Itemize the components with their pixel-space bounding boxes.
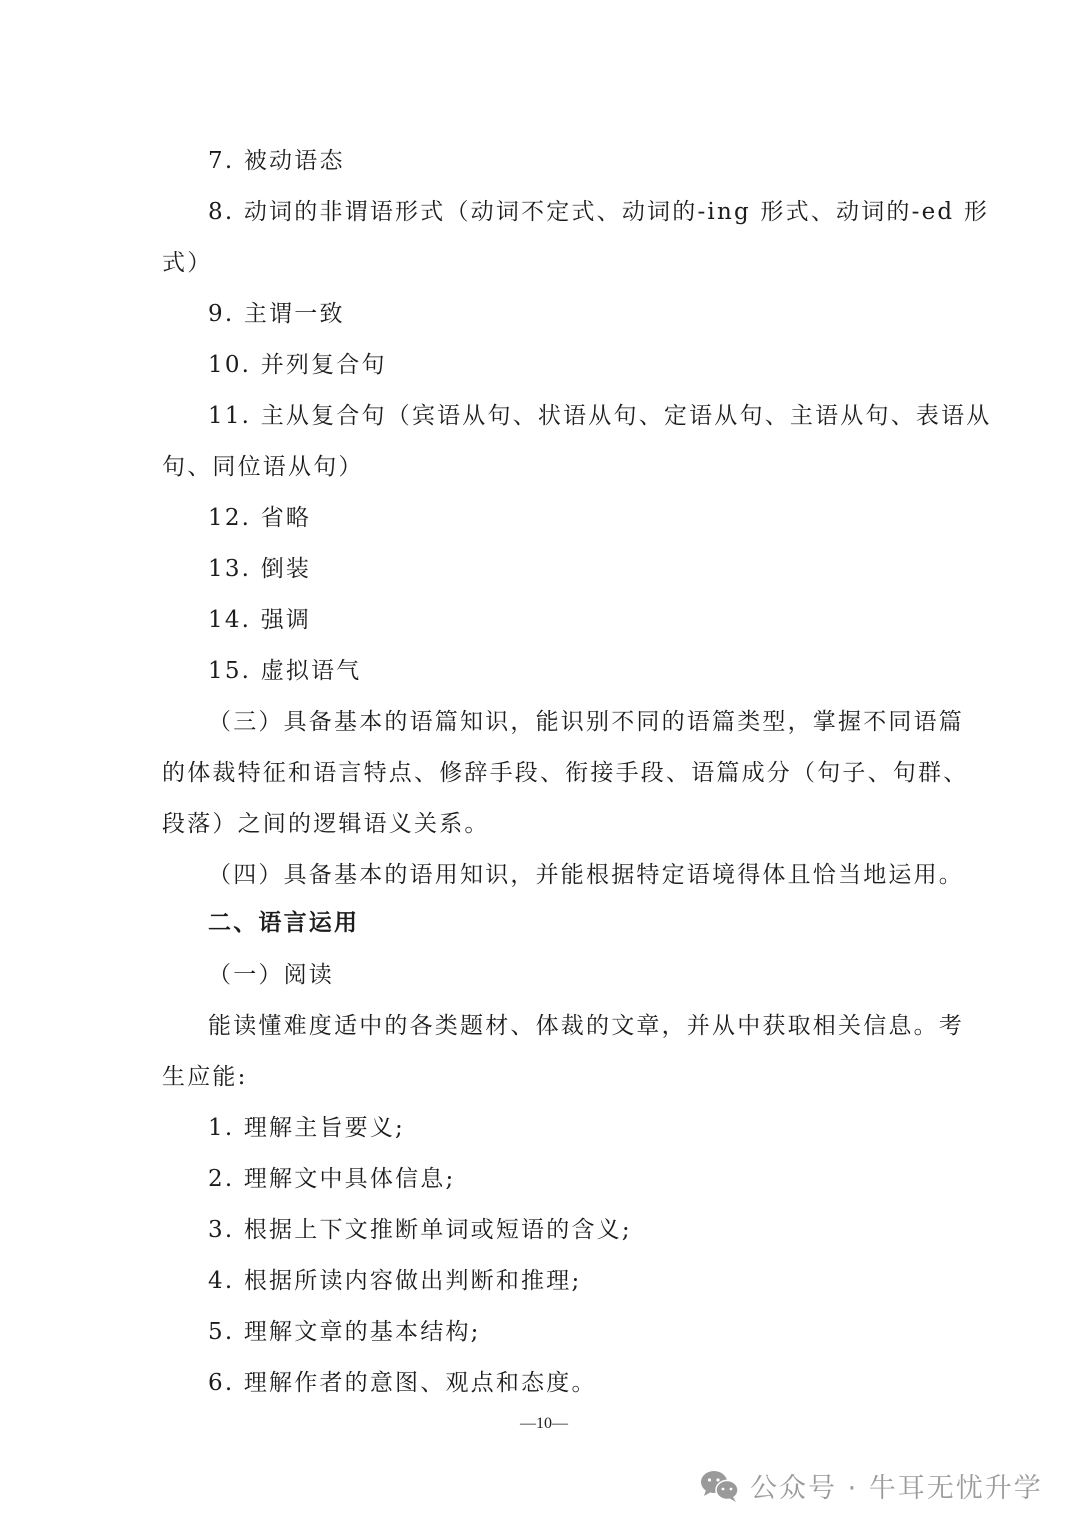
text-line: 段落）之间的逻辑语义关系。 xyxy=(162,809,490,839)
text-line: 9. 主谓一致 xyxy=(208,299,345,329)
text-line: 15. 虚拟语气 xyxy=(208,656,362,686)
text-line: （四）具备基本的语用知识，并能根据特定语境得体且恰当地运用。 xyxy=(208,860,964,890)
text-line: 能读懂难度适中的各类题材、体裁的文章，并从中获取相关信息。考 xyxy=(208,1011,964,1041)
text-line: 1. 理解主旨要义; xyxy=(208,1113,405,1143)
text-line: 14. 强调 xyxy=(208,605,311,635)
text-line: 5. 理解文章的基本结构; xyxy=(208,1317,481,1347)
text-line: 2. 理解文中具体信息; xyxy=(208,1164,455,1194)
text-line: 3. 根据上下文推断单词或短语的含义; xyxy=(208,1215,632,1245)
watermark-text: 公众号 · 牛耳无忧升学 xyxy=(750,1466,1043,1505)
text-line: 句、同位语从句） xyxy=(162,452,364,482)
text-line: 8. 动词的非谓语形式（动词不定式、动词的-ing 形式、动词的-ed 形 xyxy=(208,197,989,227)
text-line: 生应能: xyxy=(162,1062,248,1092)
text-line: 的体裁特征和语言特点、修辞手段、衔接手段、语篇成分（句子、句群、 xyxy=(162,758,968,788)
page-number: —10— xyxy=(520,1415,568,1433)
text-line: 11. 主从复合句（宾语从句、状语从句、定语从句、主语从句、表语从 xyxy=(208,401,992,431)
text-line: 式） xyxy=(162,248,212,278)
text-line: （三）具备基本的语篇知识，能识别不同的语篇类型，掌握不同语篇 xyxy=(208,707,964,737)
watermark: 公众号 · 牛耳无忧升学 xyxy=(700,1466,1043,1505)
document-page: 7. 被动语态8. 动词的非谓语形式（动词不定式、动词的-ing 形式、动词的-… xyxy=(0,0,1080,1527)
text-line: 7. 被动语态 xyxy=(208,146,345,176)
text-line: 12. 省略 xyxy=(208,503,311,533)
text-line: 4. 根据所读内容做出判断和推理; xyxy=(208,1266,581,1296)
wechat-icon xyxy=(700,1469,740,1503)
text-line: （一）阅读 xyxy=(208,960,334,990)
section-heading: 二、语言运用 xyxy=(208,908,359,938)
text-line: 10. 并列复合句 xyxy=(208,350,387,380)
text-line: 13. 倒装 xyxy=(208,554,311,584)
text-line: 6. 理解作者的意图、观点和态度。 xyxy=(208,1368,597,1398)
